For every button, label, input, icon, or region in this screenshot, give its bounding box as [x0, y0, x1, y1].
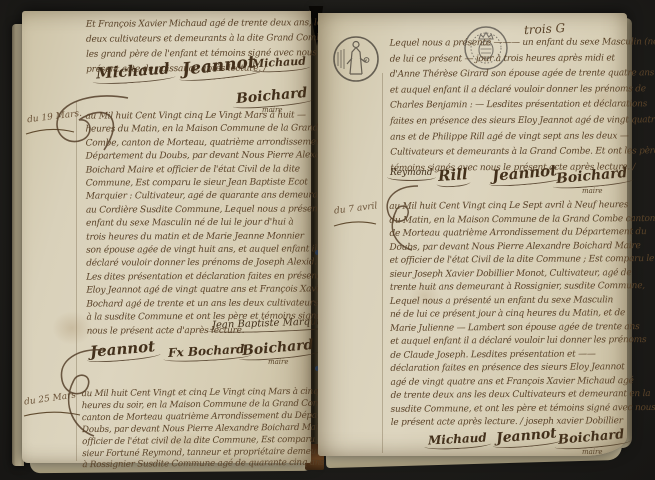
handwritten-line: Cultivateurs et demeurants à la Grand Co…	[390, 145, 628, 162]
signature-boichard-3-title: maire	[582, 187, 603, 195]
handwritten-line: à Rossignier Susdite Commune agé de quar…	[82, 458, 308, 472]
signature-reymond: Reymond	[390, 168, 433, 178]
handwritten-line: de Morteau quatrième Arrondissement du D…	[389, 226, 629, 241]
handwritten-line: de lui ce présent — jour à trois heures …	[390, 51, 628, 68]
signature-michaud-3: Michaud	[428, 430, 487, 447]
handwritten-line: heures du Matin, en la Maison Commune de…	[85, 123, 308, 138]
register-scan: { "colors": { "background": "#1d1c19", "…	[0, 0, 655, 480]
handwritten-line: deux cultivateurs et demeurants à la dit…	[86, 31, 310, 48]
handwritten-line: Marquier : Cultivateur, agé de quarante …	[86, 190, 309, 205]
handwritten-line: Et François Xavier Michaud agé de trente…	[86, 16, 310, 33]
handwritten-line: Boichard Maire et officier de l'état Civ…	[86, 163, 309, 178]
handwritten-line: déclaré vouloir donner les prénoms de Jo…	[86, 257, 309, 272]
handwritten-line: né de lui ce présent jour à cinq heures …	[390, 307, 630, 322]
handwritten-line: au Mil huit Cent Vingt cinq Le Vingt Mar…	[85, 109, 308, 124]
handwritten-line: Commune, Est comparu le sieur Jean Bapti…	[86, 176, 309, 191]
handwritten-line: Bochard agé de trente et un ans les deux…	[86, 297, 309, 312]
handwritten-line: au Mil huit Cent Vingt cinq Le Sept avri…	[389, 199, 629, 214]
handwritten-line: Charles Benjamin : — Lesdites présentati…	[390, 98, 628, 115]
standing-figure-tax-stamp-icon	[331, 34, 381, 84]
handwritten-line: faites en présence des sieurs Eloy Jeann…	[390, 113, 628, 130]
handwritten-line: et officier de l'état Civil de la dite C…	[390, 253, 630, 268]
handwritten-line: Eloy Jeannot agé de vingt quatre ans et …	[86, 284, 309, 299]
margin-underline-flourish-icon	[332, 216, 378, 230]
handwritten-line: Combe, canton de Morteau, quatrième arro…	[86, 136, 309, 151]
handwritten-line: et auquel enfant il a déclaré vouloir lu…	[390, 334, 630, 349]
handwritten-line: Département du Doubs, par devant Nous Pi…	[86, 150, 309, 165]
signature-fx-bochard: Fx Bochard	[168, 342, 245, 360]
act-7-avril-paragraph: au Mil huit Cent Vingt cinq Le Sept avri…	[389, 199, 631, 430]
margin-fold-line	[382, 73, 383, 453]
signature-michaud: Michaud	[95, 59, 170, 82]
folio-mark: trois G	[524, 21, 566, 37]
handwritten-line: déclaration faites en présence des sieur…	[390, 361, 630, 376]
act-25-mars-paragraph: au Mil huit Cent Vingt et cinq Le Vingt …	[82, 387, 309, 473]
handwritten-line: Lequel nous a présenté ——— un enfant du …	[390, 35, 628, 52]
handwritten-line: au Cordière Susdite Commune, Lequel nous…	[86, 203, 309, 218]
handwritten-line: le présent acte après lecture. / joseph …	[391, 415, 631, 430]
right-closing-paragraph: Lequel nous a présenté ——— un enfant du …	[390, 35, 629, 177]
act-19-mars-paragraph: au Mil huit Cent Vingt cinq Le Vingt Mar…	[85, 109, 309, 338]
signature-boichard-2-title: maire	[268, 358, 289, 366]
signature-rill: Rill	[437, 165, 468, 185]
signature-boichard-4-title: maire	[582, 448, 603, 456]
handwritten-line: enfant du sexe Masculin né de lui le jou…	[86, 217, 309, 232]
handwritten-line: ans et de Philippe Rill agé de vingt sep…	[390, 129, 628, 146]
handwritten-line: trente huit ans demeurant à Rossignier, …	[390, 280, 630, 295]
handwritten-line: trois heures du matin et de Marie Jeanne…	[86, 230, 309, 245]
handwritten-line: d'Anne Thérèse Girard son épouse agée de…	[390, 67, 628, 84]
handwritten-line: son épouse agée de vingt huit ans, et au…	[86, 243, 309, 258]
signature-michaud-2: Michaud	[252, 55, 306, 71]
handwritten-line: Les dites présentation et déclaration fa…	[86, 270, 309, 285]
handwritten-line: et auquel enfant il a déclaré vouloir do…	[390, 82, 628, 99]
handwritten-line: de trente deux ans les deux Cultivateurs…	[391, 388, 631, 403]
